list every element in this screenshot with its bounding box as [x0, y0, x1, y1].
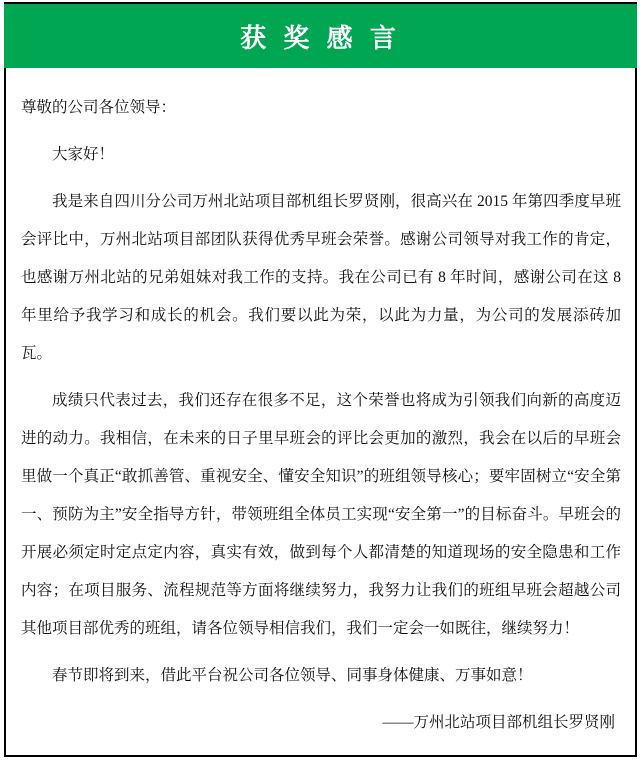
- paragraph-commitment: 成绩只代表过去，我们还存在很多不足，这个荣誉也将成为引领我们向新的高度迈进的动力…: [21, 382, 621, 648]
- greeting-line: 大家好！: [21, 136, 621, 174]
- paragraph-wishes: 春节即将到来，借此平台祝公司各位领导、同事身体健康、万事如意！: [21, 657, 621, 695]
- award-speech-document: 获 奖 感 言 尊敬的公司各位领导： 大家好！ 我是来自四川分公司万州北站项目部…: [4, 2, 637, 757]
- salutation: 尊敬的公司各位领导：: [21, 89, 621, 127]
- paragraph-thanks: 我是来自四川分公司万州北站项目部机组长罗贤刚，很高兴在 2015 年第四季度早班…: [21, 183, 621, 373]
- document-title: 获 奖 感 言: [240, 18, 401, 55]
- signature-line: ——万州北站项目部机组长罗贤刚: [21, 704, 621, 742]
- document-body: 尊敬的公司各位领导： 大家好！ 我是来自四川分公司万州北站项目部机组长罗贤刚，很…: [6, 68, 635, 742]
- document-header: 获 奖 感 言: [4, 2, 637, 68]
